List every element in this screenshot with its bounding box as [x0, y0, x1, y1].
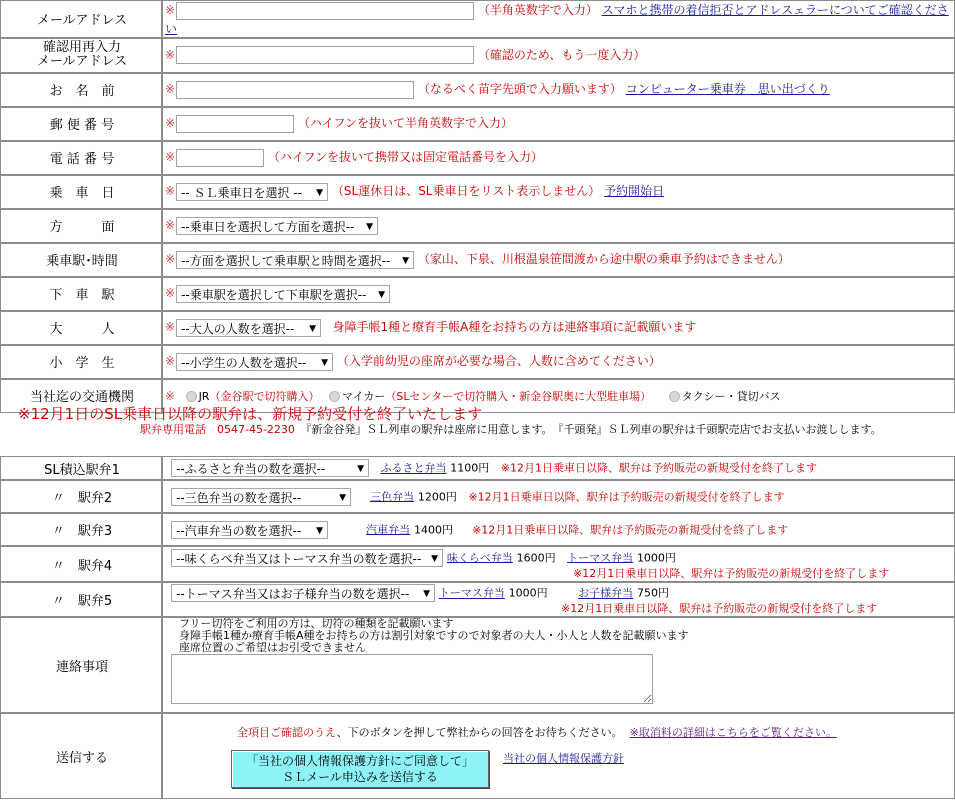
bento-4-select[interactable]: --味くらべ弁当又はトーマス弁当の数を選択--▼ [171, 549, 443, 567]
bento-1-select[interactable]: --ふるさと弁当の数を選択--▼ [171, 459, 369, 477]
date-note: （SL運休日は、SL乗車日をリスト表示しません） [332, 184, 600, 198]
phone-input[interactable] [176, 149, 264, 167]
email-input[interactable] [176, 2, 474, 20]
radio-car-label: マイカー [342, 390, 385, 403]
bento-3-select[interactable]: --汽車弁当の数を選択--▼ [171, 521, 328, 539]
bento-5b-price: 750円 [637, 587, 669, 600]
postal-note: （ハイフンを抜いて半角英数字で入力） [298, 116, 513, 130]
postal-input[interactable] [176, 115, 294, 133]
required-mark: ※ [165, 218, 175, 232]
bento-3-link[interactable]: 汽車弁当 [366, 523, 410, 536]
bento-1-select-value: --ふるさと弁当の数を選択-- [176, 462, 325, 476]
required-mark: ※ [165, 320, 175, 334]
submit-button-line1: 「当社の個人情報保護方針にご同意して」 [246, 754, 474, 768]
chevron-down-icon: ▼ [316, 184, 323, 202]
bento-1-notice: ※12月1日乗車日以降、駅弁は予約販売の新規受付を終了します [501, 462, 817, 475]
email-note: （半角英数字で入力） [478, 3, 598, 17]
bento-1-price: 1100円 [450, 462, 489, 475]
label-child: 小 学 生 [0, 345, 162, 379]
bento-5-select[interactable]: --トーマス弁当又はお子様弁当の数を選択--▼ [171, 584, 435, 602]
direction-select[interactable]: --乗車日を選択して方面を選択--▼ [176, 217, 378, 235]
label-line2: メールアドレス [37, 54, 127, 69]
chevron-down-icon: ▼ [431, 550, 438, 568]
submit-button-line2: ＳＬメール申込みを送信する [282, 770, 438, 784]
chevron-down-icon: ▼ [321, 354, 328, 372]
radio-car[interactable] [329, 391, 340, 402]
instruction-text: 、下のボタンを押して弊社からの回答をお待ちください。 [337, 726, 623, 739]
label-bento-3: 〃 駅弁3 [0, 513, 162, 546]
required-mark: ※ [165, 48, 175, 62]
bento-2-select[interactable]: --三色弁当の数を選択--▼ [171, 488, 351, 506]
submit-button[interactable]: 「当社の個人情報保護方針にご同意して」ＳＬメール申込みを送信する [231, 750, 489, 788]
bento-5-notice: ※12月1日乗車日以降、駅弁は予約販売の新規受付を終了します [171, 602, 954, 615]
bento-4a-price: 1600円 [517, 551, 556, 564]
alight-select-value: --乗車駅を選択して下車駅を選択-- [181, 288, 366, 302]
chevron-down-icon: ▼ [402, 252, 409, 270]
required-mark: ※ [165, 116, 175, 130]
contact-hint-3: 座席位置のご希望はお引受できません [171, 642, 954, 654]
bento-4-select-value: --味くらべ弁当又はトーマス弁当の数を選択-- [176, 552, 421, 566]
required-mark: ※ [165, 389, 175, 403]
bento-3-price: 1400円 [414, 523, 453, 536]
label-date: 乗 車 日 [0, 175, 162, 209]
child-select-value: --小学生の人数を選択-- [181, 356, 306, 370]
privacy-policy-link[interactable]: 当社の個人情報保護方針 [503, 752, 624, 765]
child-note: （入学前幼児の座席が必要な場合、人数に含めてください） [337, 354, 661, 368]
date-select[interactable]: -- ＳＬ乗車日を選択 --▼ [176, 183, 328, 201]
chevron-down-icon: ▼ [378, 286, 385, 304]
bento-5a-price: 1000円 [509, 587, 548, 600]
bento-3-select-value: --汽車弁当の数を選択-- [176, 524, 301, 538]
reservation-form-bottom: SL積込駅弁1 --ふるさと弁当の数を選択--▼ ふるさと弁当 1100円 ※1… [0, 456, 955, 799]
label-bento-4: 〃 駅弁4 [0, 546, 162, 582]
boarding-note: （家山、下泉、川根温泉笹間渡から途中駅の乗車予約はできません） [418, 252, 790, 266]
reservation-form-top: メールアドレス ※ （半角英数字で入力） スマホと携帯の着信拒否とアドレスェラー… [0, 0, 955, 413]
label-email: メールアドレス [0, 0, 162, 38]
chevron-down-icon: ▼ [423, 585, 430, 603]
chevron-down-icon: ▼ [357, 460, 364, 478]
bento-notice-banner: ※12月1日のSL乗車日以降の駅弁は、新規予約受付を終了いたします 駅弁専用電話… [0, 406, 955, 454]
required-mark: ※ [165, 184, 175, 198]
bento-2-select-value: --三色弁当の数を選択-- [176, 491, 301, 505]
bento-3-notice: ※12月1日乗車日以降、駅弁は予約販売の新規受付を終了します [472, 523, 788, 536]
adult-select-value: --大人の人数を選択-- [181, 322, 294, 336]
label-direction: 方 面 [0, 209, 162, 243]
bento-2-notice: ※12月1日乗車日以降、駅弁は予約販売の新規受付を終了します [468, 490, 784, 503]
bento-5a-link[interactable]: トーマス弁当 [439, 587, 505, 600]
label-phone: 電 話 番 号 [0, 141, 162, 175]
required-mark: ※ [165, 354, 175, 368]
bento-1-link[interactable]: ふるさと弁当 [380, 462, 446, 475]
child-select[interactable]: --小学生の人数を選択--▼ [176, 353, 333, 371]
label-bento-2: 〃 駅弁2 [0, 480, 162, 513]
bento-5-select-value: --トーマス弁当又はお子様弁当の数を選択-- [176, 587, 409, 601]
required-mark: ※ [165, 82, 175, 96]
bento-info-text: 『新金谷発』ＳＬ列車の駅弁は座席に用意します。 『千頭発』ＳＬ列車の駅弁は千頭駅… [306, 423, 882, 436]
label-bento-5: 〃 駅弁5 [0, 582, 162, 617]
label-name: お 名 前 [0, 73, 162, 107]
adult-select[interactable]: --大人の人数を選択--▼ [176, 319, 321, 337]
bento-info: 駅弁専用電話 0547-45-2230 『新金谷発』ＳＬ列車の駅弁は座席に用意し… [0, 423, 955, 437]
radio-car-note: （SLセンターで切符購入・新金谷駅奥に大型駐車場） [385, 390, 651, 403]
radio-taxi-bus[interactable] [669, 391, 680, 402]
radio-jr-label: JR [199, 390, 210, 403]
label-email-confirm: 確認用再入力メールアドレス [0, 38, 162, 73]
label-boarding: 乗車駅･時間 [0, 243, 162, 277]
boarding-select-value: --方面を選択して乗車駅と時間を選択-- [181, 254, 390, 268]
phone-note: （ハイフンを抜いて携帯又は固定電話番号を入力） [268, 150, 543, 164]
name-input[interactable] [176, 81, 414, 99]
chevron-down-icon: ▼ [339, 489, 346, 507]
bento-2-link[interactable]: 三色弁当 [370, 490, 414, 503]
required-mark: ※ [165, 252, 175, 266]
direction-select-value: --乗車日を選択して方面を選択-- [181, 220, 354, 234]
contact-textarea[interactable] [171, 654, 653, 704]
label-bento-1: SL積込駅弁1 [0, 456, 162, 480]
label-alight: 下 車 駅 [0, 277, 162, 311]
bento-phone: 駅弁専用電話 0547-45-2230 [140, 423, 295, 436]
label-line1: 確認用再入力 [43, 40, 121, 55]
adult-note: 身障手帳1種と療育手帳A種をお持ちの方は連絡事項に記載願います [333, 320, 697, 334]
required-mark: ※ [165, 286, 175, 300]
radio-taxi-bus-label: タクシー・貸切バス [682, 390, 781, 403]
label-postal: 郵 便 番 号 [0, 107, 162, 141]
radio-jr[interactable] [186, 391, 197, 402]
name-note: （なるべく苗字先頭で入力願います） [418, 82, 622, 96]
label-contact: 連絡事項 [0, 617, 162, 713]
computer-ticket-link[interactable]: コンピューター乗車券 思い出づくり [626, 82, 830, 96]
email-confirm-input[interactable] [176, 46, 474, 64]
cancellation-fee-link[interactable]: ※取消料の詳細はこちらをご覧ください。 [630, 726, 837, 739]
bento-4-notice: ※12月1日乗車日以降、駅弁は予約販売の新規受付を終了します [171, 567, 954, 580]
required-mark: ※ [165, 3, 175, 17]
reservation-start-link[interactable]: 予約開始日 [604, 184, 664, 198]
bento-2-price: 1200円 [418, 490, 457, 503]
bento-4b-link[interactable]: トーマス弁当 [567, 551, 633, 564]
required-mark: ※ [165, 150, 175, 164]
label-submit: 送信する [0, 713, 162, 799]
date-select-value: -- ＳＬ乗車日を選択 -- [181, 186, 302, 200]
alight-select[interactable]: --乗車駅を選択して下車駅を選択--▼ [176, 285, 390, 303]
chevron-down-icon: ▼ [316, 522, 323, 540]
bento-4b-price: 1000円 [637, 551, 676, 564]
boarding-select[interactable]: --方面を選択して乗車駅と時間を選択--▼ [176, 251, 414, 269]
email-confirm-note: （確認のため、もう一度入力） [478, 48, 646, 62]
bento-headline: ※12月1日のSL乗車日以降の駅弁は、新規予約受付を終了いたします [0, 406, 955, 423]
bento-4a-link[interactable]: 味くらべ弁当 [447, 551, 513, 564]
label-adult: 大 人 [0, 311, 162, 345]
radio-jr-note: （金谷駅で切符購入） [209, 390, 319, 403]
chevron-down-icon: ▼ [366, 218, 373, 236]
instruction-red: 全項目ご確認のうえ [237, 726, 337, 739]
bento-5b-link[interactable]: お子様弁当 [578, 587, 633, 600]
chevron-down-icon: ▼ [309, 320, 316, 338]
